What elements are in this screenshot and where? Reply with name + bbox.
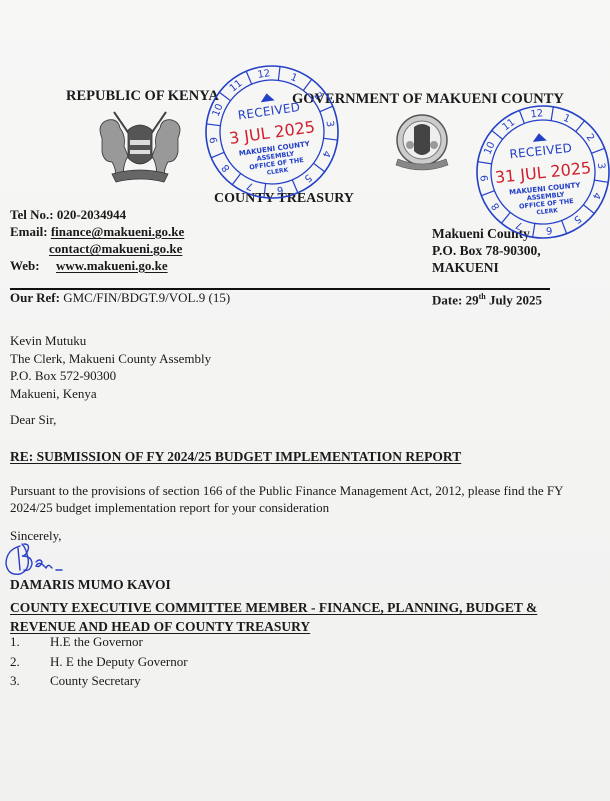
svg-text:3: 3: [324, 120, 336, 128]
received-stamp-2: 123456789101112RECEIVED31 JUL 2025MAKUEN…: [474, 103, 610, 241]
letter-page: REPUBLIC OF KENYA GOVERNMENT OF MAKUENI …: [0, 0, 610, 801]
reference-value: GMC/FIN/BDGT.9/VOL.9 (15): [63, 290, 230, 305]
web-link[interactable]: www.makueni.go.ke: [56, 257, 168, 274]
copy-recipient: H. E the Deputy Governor: [50, 652, 188, 672]
salutation: Dear Sir,: [10, 412, 56, 428]
date-day: 29: [466, 292, 479, 307]
svg-text:4: 4: [319, 149, 332, 159]
svg-text:7: 7: [514, 219, 524, 232]
recipient-line: Kevin Mutuku: [10, 332, 211, 350]
tel-value: 020-2034944: [57, 206, 126, 223]
signer-title-line-1: COUNTY EXECUTIVE COMMITTEE MEMBER - FINA…: [10, 598, 590, 617]
tel-label: Tel No.:: [10, 206, 54, 223]
date-day-suffix: th: [479, 292, 486, 301]
svg-text:12: 12: [257, 68, 271, 81]
recipient-address: Kevin Mutuku The Clerk, Makueni County A…: [10, 332, 211, 402]
copy-list-item: 3. County Secretary: [10, 671, 188, 691]
body-paragraph: Pursuant to the provisions of section 16…: [10, 483, 570, 516]
recipient-line: P.O. Box 572-90300: [10, 367, 211, 385]
copy-recipient: H.E the Governor: [50, 632, 143, 652]
copy-list: 1. H.E the Governor 2. H. E the Deputy G…: [10, 632, 188, 691]
signature-icon: [2, 540, 72, 580]
svg-text:6: 6: [276, 184, 284, 196]
date-label: Date:: [432, 292, 462, 307]
svg-text:RECEIVED: RECEIVED: [509, 141, 573, 161]
date-month-year: July 2025: [489, 292, 542, 307]
signer-name: DAMARIS MUMO KAVOI: [10, 577, 171, 593]
svg-text:10: 10: [211, 102, 226, 118]
svg-text:CLERK: CLERK: [536, 207, 559, 216]
sender-address-line: MAKUENI: [432, 259, 541, 276]
reference-line: Our Ref: GMC/FIN/BDGT.9/VOL.9 (15): [10, 290, 230, 306]
svg-text:12: 12: [530, 108, 544, 120]
received-stamp-1: 123456789101112RECEIVED3 JUL 2025MAKUENI…: [203, 63, 341, 201]
contact-block: Tel No.: 020-2034944 Email: finance@maku…: [10, 206, 184, 274]
copy-recipient: County Secretary: [50, 671, 141, 691]
web-label: Web:: [10, 257, 56, 274]
sender-address-line: P.O. Box 78-90300,: [432, 242, 541, 259]
letter-date: Date: 29th July 2025: [432, 292, 542, 308]
recipient-line: The Clerk, Makueni County Assembly: [10, 350, 211, 368]
email-label: Email:: [10, 223, 48, 240]
signer-title: COUNTY EXECUTIVE COMMITTEE MEMBER - FINA…: [10, 598, 590, 636]
svg-text:3: 3: [595, 162, 607, 169]
recipient-line: Makueni, Kenya: [10, 385, 211, 403]
copy-list-item: 1. H.E the Governor: [10, 632, 188, 652]
email-link-finance[interactable]: finance@makueni.go.ke: [51, 223, 184, 240]
reference-label: Our Ref:: [10, 290, 60, 305]
kenya-coat-of-arms-icon: [92, 108, 188, 190]
republic-of-kenya-heading: REPUBLIC OF KENYA: [66, 88, 219, 105]
svg-text:6: 6: [545, 224, 552, 236]
copy-list-item: 2. H. E the Deputy Governor: [10, 652, 188, 672]
copy-number: 1.: [10, 632, 50, 652]
svg-text:7: 7: [245, 179, 255, 192]
svg-text:RECEIVED: RECEIVED: [237, 100, 301, 123]
svg-text:1: 1: [289, 72, 299, 85]
svg-text:9: 9: [480, 174, 492, 181]
email-link-contact[interactable]: contact@makueni.go.ke: [49, 240, 182, 257]
copy-number: 3.: [10, 671, 50, 691]
subject-line: RE: SUBMISSION OF FY 2024/25 BUDGET IMPL…: [10, 449, 461, 465]
makueni-county-seal-icon: [390, 113, 454, 171]
svg-text:9: 9: [209, 136, 221, 144]
copy-number: 2.: [10, 652, 50, 672]
